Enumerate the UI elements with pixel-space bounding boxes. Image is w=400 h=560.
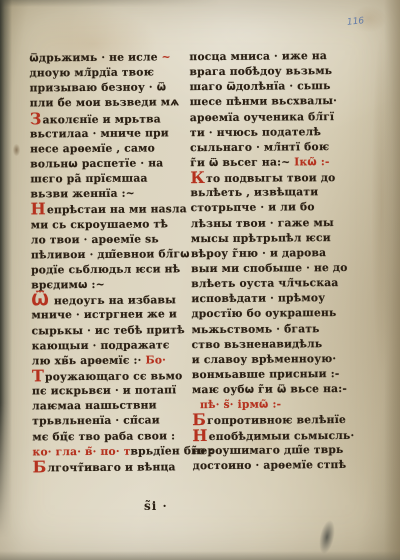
ink-text: родїе сьблюдьл ѥси нѣ bbox=[31, 262, 180, 276]
manuscript-line: ми сь скроушаемо тѣ bbox=[31, 216, 191, 232]
ink-text: ти · нчюсь подателѣ bbox=[190, 125, 321, 139]
ink-text: нероушимаго дш̃е тврь bbox=[192, 443, 343, 457]
page-edge-left bbox=[0, 0, 12, 560]
ink-text: ство вьзненавидѣль bbox=[192, 337, 323, 351]
manuscript-line: Бгопротивноѥ велѣнїе bbox=[192, 411, 352, 427]
ink-text: то подвыгы твои до bbox=[206, 171, 335, 185]
rubric-initial: Б bbox=[33, 457, 47, 476]
manuscript-line: ти · нчюсь подателѣ bbox=[190, 124, 350, 140]
manuscript-line: Непобѣдимыи сьмысль· bbox=[192, 426, 352, 442]
manuscript-line: Кто подвыгы твои до bbox=[190, 169, 350, 185]
manuscript-line: Ѿ недоугь на избавы bbox=[31, 291, 191, 307]
manuscript-line: Блгочт̃иваго и вѣнца bbox=[33, 458, 193, 474]
manuscript-line: арѳемїа оученика бл̃гї bbox=[190, 108, 350, 124]
ink-text: исповѣдати · прѣмоу bbox=[191, 291, 325, 305]
rubric-initial: Н bbox=[192, 426, 207, 445]
manuscript-line: ство вьзненавидѣль bbox=[192, 336, 352, 352]
ink-text: посца мниса · иже на bbox=[189, 49, 327, 63]
ink-text: маѥ оубѡ г̃и ѿ вьсе на:- bbox=[192, 382, 347, 396]
manuscript-line: и славоу врѣменноую· bbox=[192, 351, 352, 367]
manuscript-line: шєго ра̃ прїємшаа bbox=[30, 170, 190, 186]
manuscript-line: нероушимаго дш̃е тврь bbox=[192, 442, 352, 458]
manuscript-line: Непрѣстаи на ми наѕла bbox=[31, 201, 191, 217]
manuscript-line: вольнѡ распетїе · на bbox=[30, 155, 190, 171]
ink-text: вѣроу г̃ню · и дарова bbox=[191, 246, 326, 260]
ink-text: мниче · истргнеи же и bbox=[31, 308, 177, 322]
ink-text: лю хв̃ь арѳемїє :· bbox=[32, 353, 142, 367]
ink-text: г̃и ѿ вьсег на:~ bbox=[190, 155, 294, 169]
rubric-text: Бо· bbox=[142, 353, 167, 366]
ink-text: призываю безноу · ѿ bbox=[30, 81, 167, 95]
text-column-left: ѿдрьжимь · не исле ~дноую мл̃рдїа твоѥпр… bbox=[29, 49, 192, 474]
manuscript-line: ѿдрьжимь · не исле ~ bbox=[29, 49, 189, 65]
manuscript-line: вьстилаа · мниче при bbox=[30, 125, 190, 141]
ink-text: пли б̃е мои вьзведи мѧ bbox=[30, 96, 180, 110]
ink-text: дростїю бо оукрашень bbox=[191, 306, 336, 320]
ink-text: стотрьпче · и ли бо bbox=[191, 201, 315, 215]
manuscript-line: пѣ· ѕ̃· ірмѡ̃ :- bbox=[192, 396, 352, 412]
ink-text: лѣзны твои · гаже мы bbox=[191, 216, 334, 230]
rubric-text: Ікѡ̃ :- bbox=[294, 155, 329, 168]
manuscript-line: лю хв̃ь арѳемїє :· Бо· bbox=[32, 352, 192, 368]
manuscript-line: пє искрьвєи · и потапї bbox=[32, 382, 192, 398]
ink-text: епрѣстаи на ми наѕла bbox=[47, 203, 187, 217]
manuscript-line: сырькы · ис тебѣ притѣ bbox=[31, 322, 191, 338]
manuscript-line: несе арѳемїе , само bbox=[30, 140, 190, 156]
rubric-initial: Н bbox=[31, 200, 46, 219]
manuscript-line: мысы прѣтрьпѣл ѥси bbox=[191, 230, 351, 246]
manuscript-line: шесе пѣнми вьсхвалы· bbox=[190, 93, 350, 109]
manuscript-line: врага побѣдоу вьзьмь bbox=[189, 63, 349, 79]
ink-smudge bbox=[317, 519, 338, 555]
manuscript-line: Троужающаго сє вьмо bbox=[32, 367, 192, 383]
ink-text: и славоу врѣменноую· bbox=[192, 352, 337, 366]
manuscript-line: достоино · арѳемїе стпѣ bbox=[193, 457, 353, 473]
manuscript-line: шаго ѿдолѣнїа · сьшь bbox=[190, 78, 350, 94]
rubric-text: ~ bbox=[158, 50, 171, 63]
folio-number: 116 bbox=[347, 16, 365, 28]
ink-text: лгочт̃иваго и вѣнца bbox=[47, 460, 175, 474]
ink-text: мьжьствомь · б̃гать bbox=[191, 322, 319, 336]
ink-text: епобѣдимыи сьмысль· bbox=[209, 428, 355, 442]
page-edge-bottom bbox=[0, 551, 400, 560]
manuscript-line: выи ми спобыше · не до bbox=[191, 260, 351, 276]
text-column-right: посца мниса · иже наврага побѣдоу вьзьмь… bbox=[189, 48, 352, 473]
ink-text: шесе пѣнми вьсхвалы· bbox=[190, 94, 337, 108]
rubric-text: пѣ· ѕ̃· ірмѡ̃ :- bbox=[192, 398, 281, 412]
manuscript-line: маѥ оубѡ г̃и ѿ вьсе на:- bbox=[192, 381, 352, 397]
manuscript-line: сыльнаго · мл̃нтї боѥ bbox=[190, 139, 350, 155]
ink-text: вьлѣеть , извѣщати bbox=[190, 185, 318, 199]
ink-text: недоугь на избавы bbox=[50, 294, 176, 308]
ink-text: гопротивноѥ велѣнїе bbox=[207, 413, 346, 427]
ink-text: врага побѣдоу вьзьмь bbox=[189, 64, 332, 78]
manuscript-line: пли б̃е мои вьзведи мѧ bbox=[30, 95, 190, 111]
manuscript-line: лѣзны твои · гаже мы bbox=[191, 214, 351, 230]
ink-text: мє бц̃є тво раба свои : bbox=[32, 429, 175, 443]
ink-text: пѣливои · дш̃евнои бл̃гѡ bbox=[31, 247, 190, 261]
manuscript-photo: 116 ѿдрьжимь · не исле ~дноую мл̃рдїа тв… bbox=[0, 0, 400, 560]
ink-text: сырькы · ис тебѣ притѣ bbox=[31, 323, 184, 337]
ink-text: лаѥмаа нашьствни bbox=[32, 399, 157, 413]
manuscript-line: призываю безноу · ѿ bbox=[30, 79, 190, 95]
manuscript-line: вонмьавше присныи :- bbox=[192, 366, 352, 382]
ink-text: вьзви женнїа :~ bbox=[30, 187, 135, 201]
manuscript-line: стотрьпче · и ли бо bbox=[191, 199, 351, 215]
ink-text: аколєнїе и мрьтва bbox=[43, 112, 161, 126]
stain bbox=[13, 144, 20, 156]
page-edge-top bbox=[0, 0, 400, 7]
ink-text: несе арѳемїе , само bbox=[30, 141, 155, 155]
ink-text: дноую мл̃рдїа твоѥ bbox=[29, 66, 154, 80]
ink-text: вонмьавше присныи :- bbox=[192, 367, 340, 381]
manuscript-line: г̃и ѿ вьсег на:~ Ікѡ̃ :- bbox=[190, 154, 350, 170]
ink-text: ми сь скроушаемо тѣ bbox=[31, 217, 168, 231]
ink-text: вьстилаа · мниче при bbox=[30, 126, 169, 140]
ink-text: ло твои · арѳемїе ѕь bbox=[31, 232, 159, 246]
manuscript-line: дростїю бо оукрашень bbox=[191, 305, 351, 321]
rubric-initial: З bbox=[30, 109, 42, 128]
manuscript-line: пѣливои · дш̃евнои бл̃гѡ bbox=[31, 246, 191, 262]
manuscript-line: Заколєнїе и мрьтва bbox=[30, 110, 190, 126]
ink-text: ѿдрьжимь · не исле bbox=[29, 50, 157, 64]
manuscript-line: дноую мл̃рдїа твоѥ bbox=[29, 64, 189, 80]
manuscript-line: мє бц̃є тво раба свои : bbox=[32, 428, 192, 444]
ink-text: вольнѡ распетїе · на bbox=[30, 156, 163, 170]
manuscript-line: вьзви женнїа :~ bbox=[30, 185, 190, 201]
ink-text: достоино · арѳемїе стпѣ bbox=[193, 458, 347, 472]
manuscript-line: посца мниса · иже на bbox=[189, 48, 349, 64]
rubric-text: ко· гла· в̃· по· т bbox=[32, 444, 130, 458]
manuscript-line: вьлѣеть , извѣщати bbox=[190, 184, 350, 200]
manuscript-line: ло твои · арѳемїе ѕь bbox=[31, 231, 191, 247]
manuscript-line: трьвльненїа · сп̃саи bbox=[32, 413, 192, 429]
manuscript-line: ко· гла· в̃· по· тврьдїен бг̃о : bbox=[32, 443, 192, 459]
manuscript-line: мниче · истргнеи же и bbox=[31, 307, 191, 323]
ink-text: выи ми спобыше · не до bbox=[191, 261, 348, 275]
text-block: ѿдрьжимь · не исле ~дноую мл̃рдїа твоѥпр… bbox=[29, 48, 395, 475]
manuscript-line: родїе сьблюдьл ѥси нѣ bbox=[31, 261, 191, 277]
ink-text: сыльнаго · мл̃нтї боѥ bbox=[190, 140, 329, 154]
manuscript-line: кающыи · подражатє bbox=[32, 337, 192, 353]
ink-text: шєго ра̃ прїємшаа bbox=[30, 172, 147, 186]
manuscript-line: вѣроу г̃ню · и дарова bbox=[191, 245, 351, 261]
manuscript-line: мьжьствомь · б̃гать bbox=[191, 320, 351, 336]
ink-text: роужающаго сє вьмо bbox=[45, 369, 183, 383]
ink-text: мысы прѣтрьпѣл ѥси bbox=[191, 231, 331, 245]
manuscript-line: исповѣдати · прѣмоу bbox=[191, 290, 351, 306]
ink-text: влѣеть оуста чл̃чьскаа bbox=[191, 276, 338, 290]
manuscript-line: влѣеть оуста чл̃чьскаа bbox=[191, 275, 351, 291]
ink-text: арѳемїа оученика бл̃гї bbox=[190, 110, 334, 124]
ink-text: кающыи · подражатє bbox=[32, 338, 170, 352]
manuscript-line: врєдимѡ :~ bbox=[31, 276, 191, 292]
ink-text: шаго ѿдолѣнїа · сьшь bbox=[190, 79, 331, 93]
ink-text: трьвльненїа · сп̃саи bbox=[32, 414, 160, 428]
ink-text: пє искрьвєи · и потапї bbox=[32, 383, 176, 397]
quire-signature: ѕ̃і · bbox=[144, 499, 168, 513]
parchment-page: 116 ѿдрьжимь · не исле ~дноую мл̃рдїа тв… bbox=[0, 0, 400, 560]
manuscript-line: лаѥмаа нашьствни bbox=[32, 397, 192, 413]
